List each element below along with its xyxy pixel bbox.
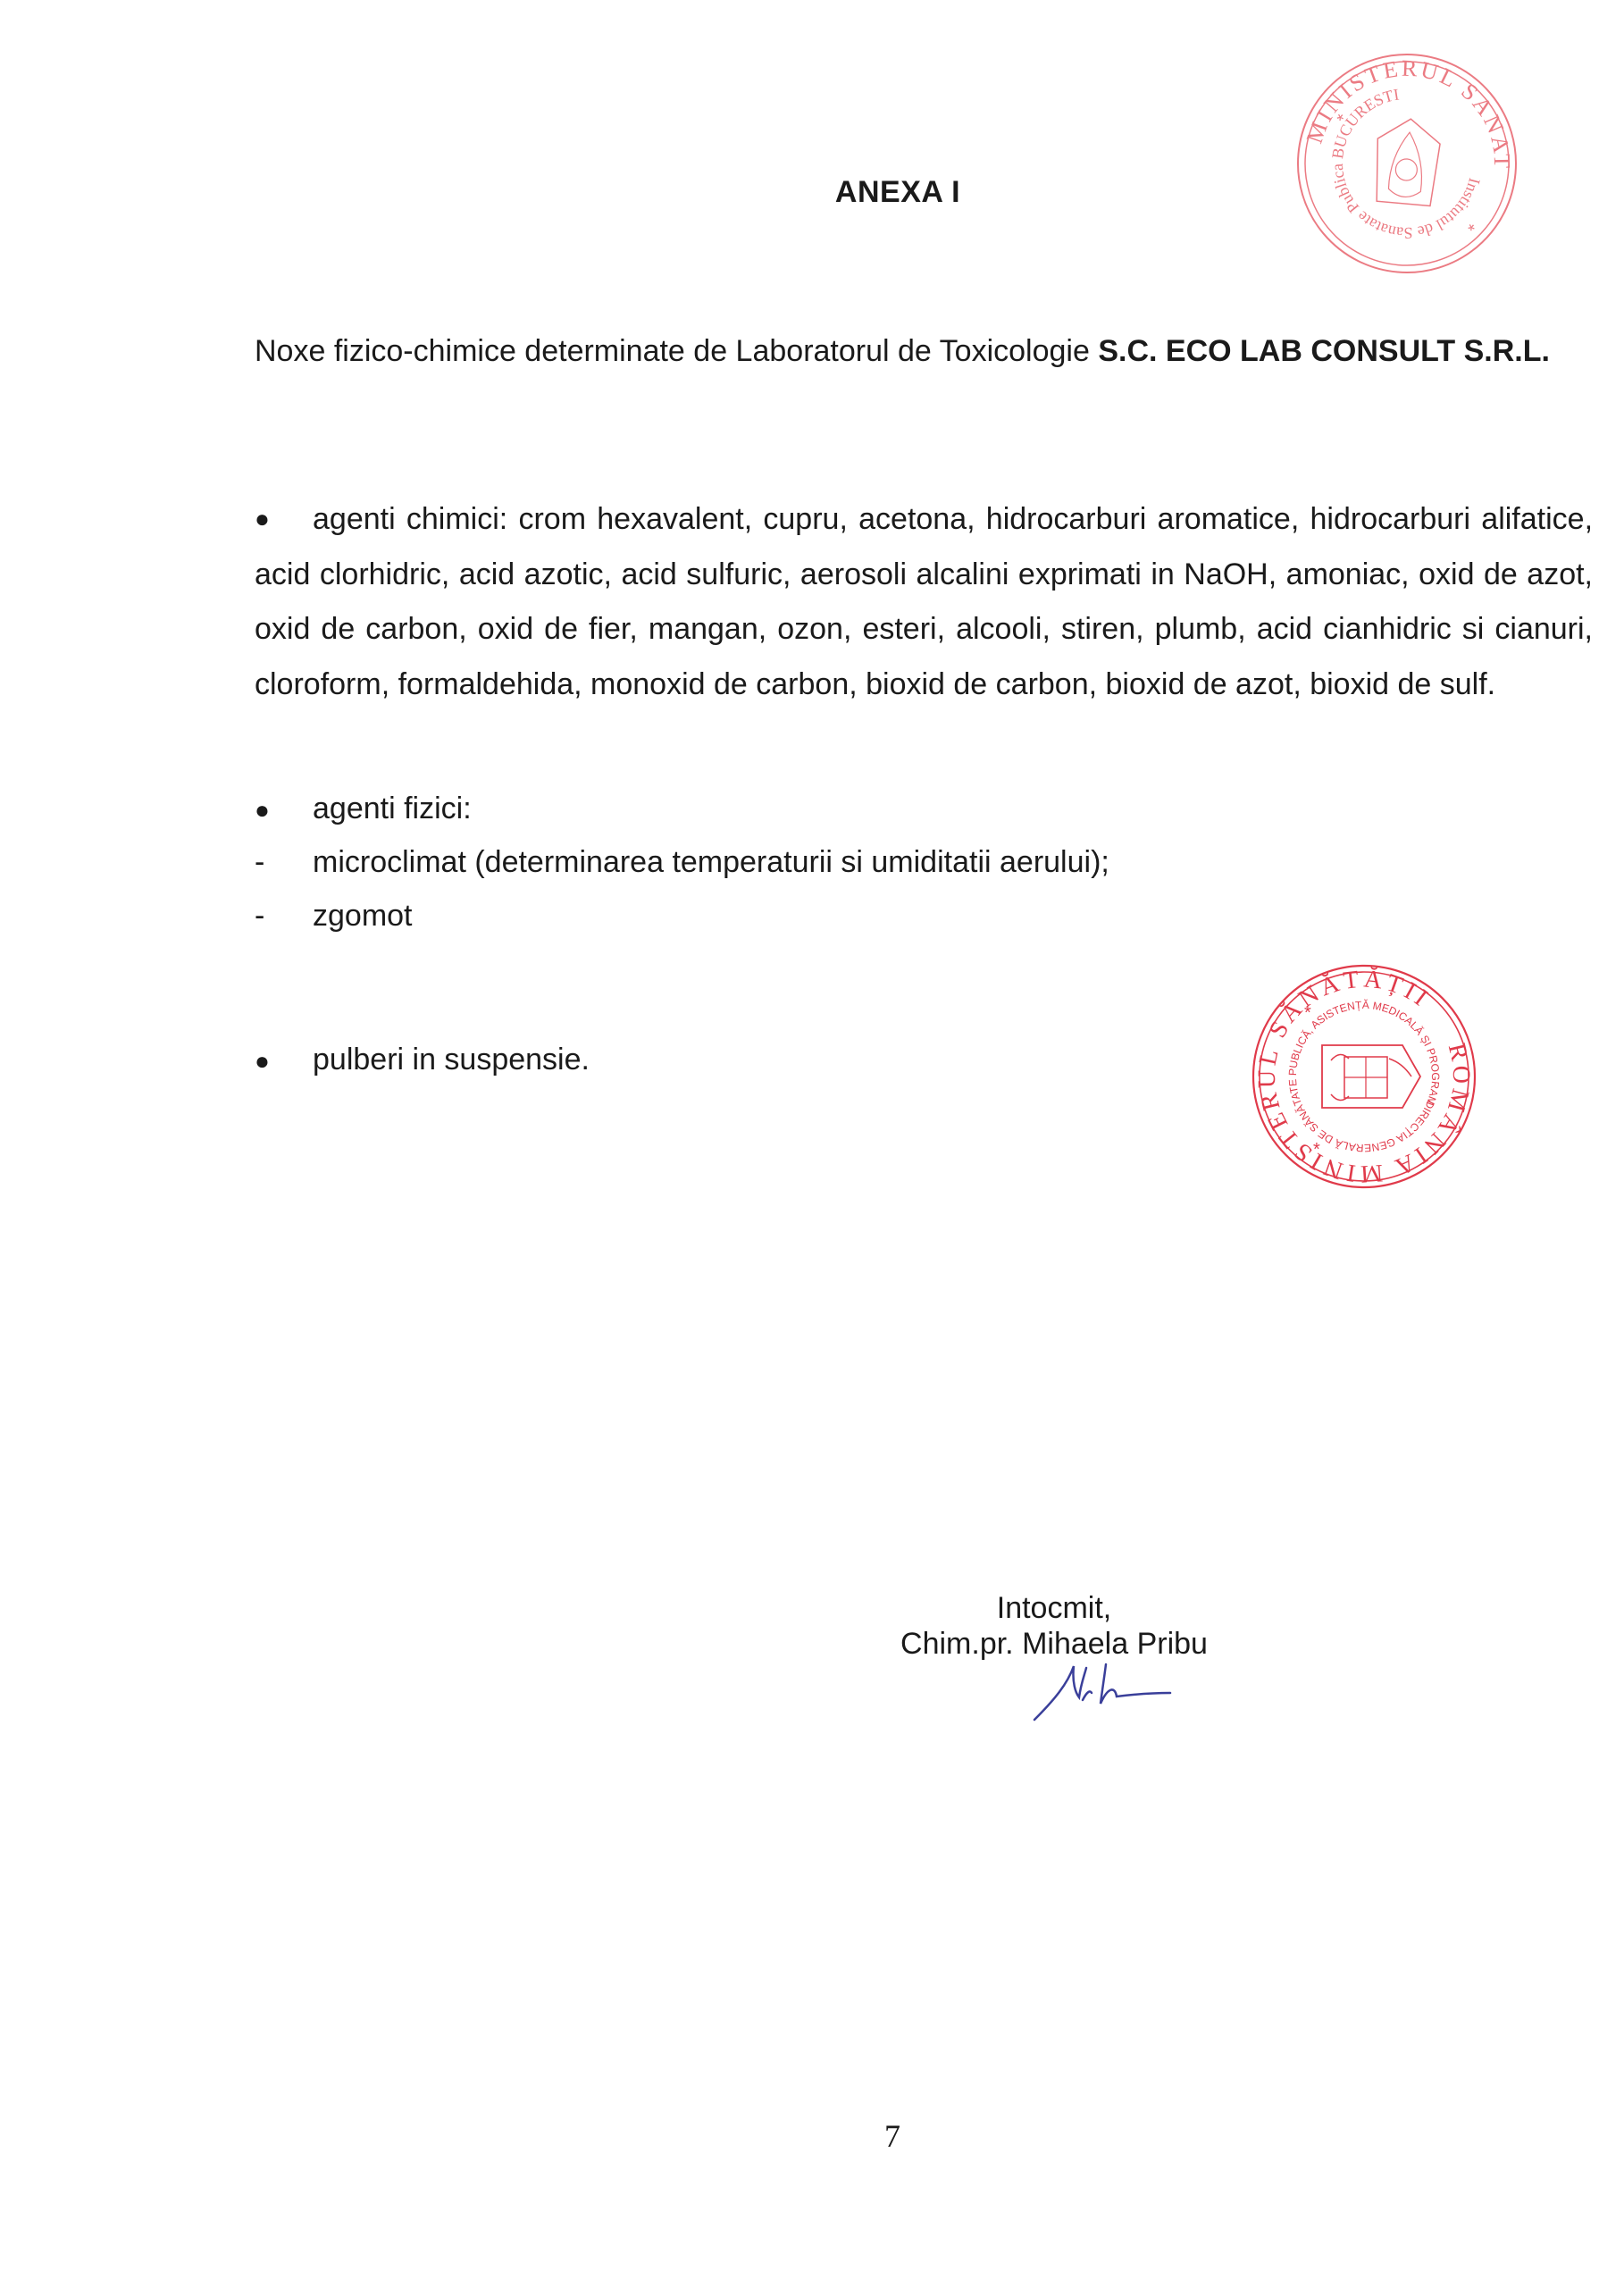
svg-text:ROMÂNIA MINISTERUL SĂNĂTĂȚII: ROMÂNIA MINISTERUL SĂNĂTĂȚII: [1246, 960, 1483, 1193]
svg-text:*: *: [1467, 214, 1476, 234]
prepared-by-label: Intocmit,: [858, 1590, 1251, 1626]
signatory-name: Chim.pr. Mihaela Pribu: [858, 1626, 1251, 1662]
svg-text:*: *: [1313, 1140, 1320, 1160]
intro-text: Noxe fizico-chimice determinate de Labor…: [255, 334, 1098, 368]
company-name: S.C. ECO LAB CONSULT S.R.L.: [1098, 334, 1550, 368]
document-page: ANEXA I Noxe fizico-chimice determinate …: [0, 0, 1624, 2287]
dash-icon: -: [255, 898, 290, 934]
official-seal-icon: ROMÂNIA MINISTERUL SĂNĂTĂȚII DIRECȚIA GE…: [1246, 960, 1483, 1193]
page-number: 7: [884, 2117, 900, 2155]
list-item: zgomot: [313, 898, 413, 934]
signature-block: Intocmit, Chim.pr. Mihaela Pribu: [858, 1590, 1251, 1662]
handwritten-signature: [1027, 1657, 1179, 1729]
official-seal-icon: MINISTERUL SANATATII Institutul de Sanat…: [1291, 52, 1523, 275]
dash-icon: -: [255, 844, 290, 880]
stamp-institute: MINISTERUL SANATATII Institutul de Sanat…: [1291, 52, 1523, 275]
stamp-ministry: ROMÂNIA MINISTERUL SĂNĂTĂȚII DIRECȚIA GE…: [1246, 960, 1483, 1193]
section-chemical-agents: ●agenti chimici: crom hexavalent, cupru,…: [255, 491, 1593, 712]
bullet-icon: ●: [255, 491, 313, 547]
list-item: microclimat (determinarea temperaturii s…: [313, 844, 1109, 880]
section-label: agenti chimici:: [313, 502, 507, 536]
intro-paragraph: Noxe fizico-chimice determinate de Labor…: [210, 323, 1593, 379]
bullet-icon: ●: [255, 792, 290, 828]
svg-text:*: *: [1304, 1003, 1311, 1023]
section-label: agenti fizici:: [313, 791, 472, 826]
section-label: pulberi in suspensie.: [313, 1042, 590, 1077]
bullet-icon: ●: [255, 1043, 290, 1079]
